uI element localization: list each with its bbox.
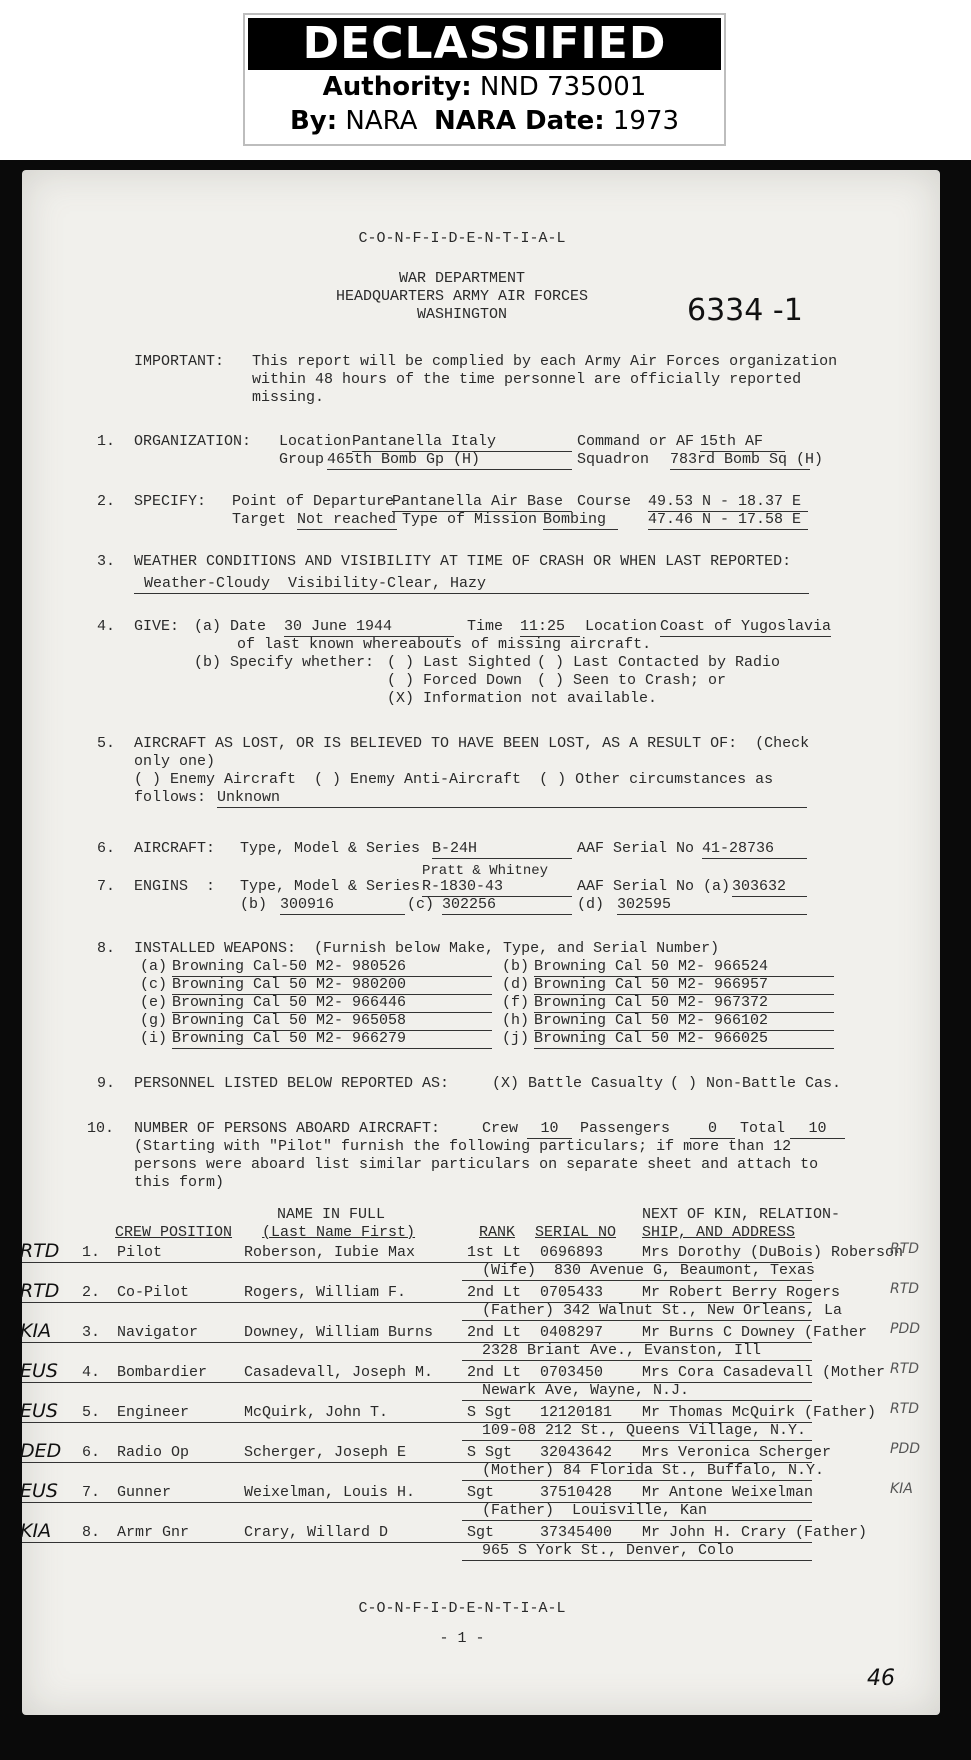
weapon-field[interactable]: Browning Cal 50 M2- 966524 bbox=[534, 958, 834, 977]
location-label: Location bbox=[279, 433, 351, 451]
stamp-authority: Authority: NND 735001 bbox=[245, 70, 724, 104]
crew-status-handwritten: RTD bbox=[20, 1282, 59, 1300]
crew-row-number: 8. bbox=[82, 1524, 100, 1542]
whereabouts-note: of last known whereabouts of missing air… bbox=[237, 636, 651, 654]
crew-name[interactable]: Casadevall, Joseph M. bbox=[244, 1364, 433, 1382]
crew-serial[interactable]: 12120181 bbox=[540, 1404, 612, 1422]
section-5-line-2: only one) bbox=[134, 753, 215, 771]
checkbox-battle-casualty[interactable]: (X) Battle Casualty bbox=[492, 1075, 663, 1093]
crew-row-number: 3. bbox=[82, 1324, 100, 1342]
important-label: IMPORTANT: bbox=[134, 353, 224, 371]
passengers-count[interactable]: 0 bbox=[690, 1120, 735, 1139]
row-rule bbox=[22, 1302, 812, 1303]
section-8-number: 8. bbox=[97, 940, 115, 958]
weapon-field[interactable]: Browning Cal 50 M2- 966279 bbox=[172, 1030, 492, 1049]
crew-kin-address[interactable]: (Father) Louisville, Kan bbox=[462, 1502, 812, 1520]
weapon-id: (e) bbox=[140, 994, 167, 1012]
group-label: Group bbox=[279, 451, 324, 469]
declassified-stamp: DECLASSIFIED Authority: NND 735001 By: N… bbox=[243, 13, 726, 146]
section-5-line-1: AIRCRAFT AS LOST, OR IS BELIEVED TO HAVE… bbox=[134, 735, 809, 753]
squadron-field[interactable]: 783rd Bomb Sq (H) bbox=[670, 451, 810, 470]
row-rule bbox=[22, 1542, 812, 1543]
crew-next-of-kin[interactable]: Mrs Cora Casadevall (Mother bbox=[642, 1364, 885, 1382]
crew-serial[interactable]: 0705433 bbox=[540, 1284, 603, 1302]
command-field[interactable]: 15th AF bbox=[700, 433, 785, 452]
row-rule bbox=[22, 1262, 812, 1263]
crew-kin-address[interactable]: 965 S York St., Denver, Colo bbox=[462, 1542, 812, 1560]
row-rule bbox=[462, 1560, 812, 1561]
report-number: 6334 -1 bbox=[687, 302, 803, 320]
weapon-id: (d) bbox=[502, 976, 529, 994]
target-label: Target bbox=[232, 511, 286, 529]
crew-row-number: 1. bbox=[82, 1244, 100, 1262]
row-rule bbox=[22, 1502, 812, 1503]
engine-type-field[interactable]: R-1830-43 bbox=[422, 878, 572, 897]
crew-serial[interactable]: 0703450 bbox=[540, 1364, 603, 1382]
course-label: Course bbox=[577, 493, 631, 511]
crew-row-number: 6. bbox=[82, 1444, 100, 1462]
engine-type-label: Type, Model & Series bbox=[240, 878, 420, 896]
crew-name[interactable]: Roberson, Iubie Max bbox=[244, 1244, 415, 1262]
crew-note-handwritten: RTD bbox=[890, 1280, 919, 1298]
section-8-label: INSTALLED WEAPONS: (Furnish below Make, … bbox=[134, 940, 719, 958]
crew-note-handwritten: RTD bbox=[890, 1400, 919, 1418]
header-name: (Last Name First) bbox=[262, 1224, 415, 1242]
crew-name[interactable]: Downey, William Burns bbox=[244, 1324, 433, 1342]
crew-row-number: 4. bbox=[82, 1364, 100, 1382]
row-rule bbox=[462, 1320, 812, 1321]
aircraft-type-field[interactable]: B-24H bbox=[432, 840, 572, 859]
loss-cause-options[interactable]: ( ) Enemy Aircraft ( ) Enemy Anti-Aircra… bbox=[134, 771, 773, 789]
crew-row-number: 7. bbox=[82, 1484, 100, 1502]
engine-serial-a[interactable]: 303632 bbox=[732, 878, 807, 897]
crew-name[interactable]: Weixelman, Louis H. bbox=[244, 1484, 415, 1502]
crew-status-handwritten: KIA bbox=[20, 1522, 51, 1540]
crew-rank[interactable]: 2nd Lt bbox=[467, 1284, 521, 1302]
crew-rank[interactable]: 2nd Lt bbox=[467, 1324, 521, 1342]
section-2-number: 2. bbox=[97, 493, 115, 511]
row-rule bbox=[22, 1462, 812, 1463]
section-7-label: ENGINS : bbox=[134, 878, 215, 896]
section-6-label: AIRCRAFT: bbox=[134, 840, 215, 858]
engine-serial-b[interactable]: 300916 bbox=[280, 896, 405, 915]
crew-rank[interactable]: 2nd Lt bbox=[467, 1364, 521, 1382]
section-10-number: 10. bbox=[87, 1120, 114, 1138]
squadron-label: Squadron bbox=[577, 451, 649, 469]
section-5-number: 5. bbox=[97, 735, 115, 753]
important-line-2: within 48 hours of the time personnel ar… bbox=[252, 371, 801, 389]
time-label: Time bbox=[467, 618, 503, 636]
checkbox-forced-down[interactable]: ( ) Forced Down bbox=[387, 672, 522, 690]
weapon-field[interactable]: Browning Cal 50 M2- 965058 bbox=[172, 1012, 492, 1031]
crew-status-handwritten: EUS bbox=[20, 1402, 58, 1420]
crew-name[interactable]: Crary, Willard D bbox=[244, 1524, 388, 1542]
crew-position[interactable]: Navigator bbox=[117, 1324, 237, 1342]
date-field[interactable]: 30 June 1944 bbox=[284, 618, 454, 637]
target-field[interactable]: Not reached bbox=[297, 511, 397, 530]
crew-serial[interactable]: 0696893 bbox=[540, 1244, 603, 1262]
header-name-top: NAME IN FULL bbox=[277, 1206, 385, 1224]
section-10-line-3: persons were aboard list similar particu… bbox=[134, 1156, 818, 1174]
row-rule bbox=[462, 1480, 812, 1481]
crew-note-handwritten: KIA bbox=[890, 1480, 913, 1498]
crew-kin-address[interactable]: (Mother) 84 Florida St., Buffalo, N.Y. bbox=[462, 1462, 812, 1480]
crew-position[interactable]: Co-Pilot bbox=[117, 1284, 237, 1302]
section-3-number: 3. bbox=[97, 553, 115, 571]
header-line-1: WAR DEPARTMENT bbox=[22, 270, 902, 288]
specify-label: (b) Specify whether: bbox=[194, 654, 374, 672]
section-1-label: ORGANIZATION: bbox=[134, 433, 251, 451]
location-field[interactable]: Pantanella Italy bbox=[352, 433, 572, 452]
engine-b-label: (b) bbox=[240, 896, 267, 914]
weapon-id: (c) bbox=[140, 976, 167, 994]
date-label: (a) Date bbox=[194, 618, 266, 636]
section-9-number: 9. bbox=[97, 1075, 115, 1093]
weapon-id: (a) bbox=[140, 958, 167, 976]
aircraft-serial-field[interactable]: 41-28736 bbox=[702, 840, 807, 859]
weapon-id: (i) bbox=[140, 1030, 167, 1048]
weapon-field[interactable]: Browning Cal 50 M2- 967372 bbox=[534, 994, 834, 1013]
crew-note-handwritten: RTD bbox=[890, 1240, 919, 1258]
crew-next-of-kin[interactable]: Mr Robert Berry Rogers bbox=[642, 1284, 840, 1302]
section-3-label: WEATHER CONDITIONS AND VISIBILITY AT TIM… bbox=[134, 553, 791, 571]
stamp-by: By: NARA NARA Date: 1973 bbox=[245, 104, 724, 138]
row-rule bbox=[462, 1520, 812, 1521]
header-kin-top: NEXT OF KIN, RELATION- bbox=[642, 1206, 840, 1224]
crew-label: Crew bbox=[482, 1120, 518, 1138]
weapon-id: (g) bbox=[140, 1012, 167, 1030]
engine-serial-label: AAF Serial No (a) bbox=[577, 878, 730, 896]
page-number: - 1 - bbox=[22, 1630, 902, 1648]
crew-kin-address[interactable]: (Wife) 830 Avenue G, Beaumont, Texas bbox=[462, 1262, 812, 1280]
crew-position[interactable]: Pilot bbox=[117, 1244, 237, 1262]
crew-status-handwritten: EUS bbox=[20, 1362, 58, 1380]
engine-serial-d[interactable]: 302595 bbox=[617, 896, 807, 915]
crew-next-of-kin[interactable]: Mr Antone Weixelman bbox=[642, 1484, 813, 1502]
weapon-id: (b) bbox=[502, 958, 529, 976]
crew-next-of-kin[interactable]: Mr John H. Crary (Father) bbox=[642, 1524, 867, 1542]
crew-rank[interactable]: S Sgt bbox=[467, 1404, 512, 1422]
weapon-id: (h) bbox=[502, 1012, 529, 1030]
crew-position[interactable]: Gunner bbox=[117, 1484, 237, 1502]
departure-field[interactable]: Pantanella Air Base bbox=[392, 493, 572, 512]
aircraft-type-label: Type, Model & Series bbox=[240, 840, 420, 858]
checkbox-non-battle[interactable]: ( ) Non-Battle Cas. bbox=[670, 1075, 841, 1093]
crew-count[interactable]: 10 bbox=[527, 1120, 572, 1139]
departure-label: Point of Departure bbox=[232, 493, 394, 511]
weapon-id: (j) bbox=[502, 1030, 529, 1048]
section-4-number: 4. bbox=[97, 618, 115, 636]
row-rule bbox=[22, 1422, 812, 1423]
crew-status-handwritten: DED bbox=[20, 1442, 61, 1460]
crew-note-handwritten: PDD bbox=[890, 1440, 920, 1458]
crew-name[interactable]: McQuirk, John T. bbox=[244, 1404, 388, 1422]
checkbox-last-sighted[interactable]: ( ) Last Sighted bbox=[387, 654, 531, 672]
mission-label: Type of Mission bbox=[402, 511, 537, 529]
section-10-line-4: this form) bbox=[134, 1174, 224, 1192]
handwritten-page-number: 46 bbox=[867, 1670, 895, 1688]
engine-serial-c[interactable]: 302256 bbox=[442, 896, 572, 915]
section-2-label: SPECIFY: bbox=[134, 493, 206, 511]
important-line-3: missing. bbox=[252, 389, 324, 407]
loss-cause-field[interactable]: Unknown bbox=[217, 789, 807, 808]
course-2-field[interactable]: 47.46 N - 17.58 E bbox=[648, 511, 808, 530]
crew-position[interactable]: Bombardier bbox=[117, 1364, 237, 1382]
row-rule bbox=[22, 1382, 812, 1383]
group-field[interactable]: 465th Bomb Gp (H) bbox=[327, 451, 572, 470]
aircraft-serial-label: AAF Serial No bbox=[577, 840, 694, 858]
mission-field[interactable]: Bombing bbox=[543, 511, 618, 530]
section-9-label: PERSONNEL LISTED BELOW REPORTED AS: bbox=[134, 1075, 449, 1093]
section-4-label: GIVE: bbox=[134, 618, 179, 636]
row-rule bbox=[462, 1440, 812, 1441]
crash-location-label: Location bbox=[585, 618, 657, 636]
crew-note-handwritten: RTD bbox=[890, 1360, 919, 1378]
crew-kin-address[interactable]: 2328 Briant Ave., Evanston, Ill bbox=[462, 1342, 812, 1360]
row-rule bbox=[462, 1280, 812, 1281]
classification-bottom: C-O-N-F-I-D-E-N-T-I-A-L bbox=[22, 1600, 902, 1618]
crew-rank[interactable]: Sgt bbox=[467, 1484, 494, 1502]
crew-name[interactable]: Scherger, Joseph E bbox=[244, 1444, 406, 1462]
crash-location-field[interactable]: Coast of Yugoslavia bbox=[660, 618, 831, 637]
weapon-field[interactable]: Browning Cal 50 M2- 980200 bbox=[172, 976, 492, 995]
row-rule bbox=[462, 1400, 812, 1401]
row-rule bbox=[22, 1342, 812, 1343]
weather-field[interactable]: Weather-Cloudy Visibility-Clear, Hazy bbox=[134, 575, 809, 594]
row-rule bbox=[462, 1360, 812, 1361]
engine-d-label: (d) bbox=[577, 896, 604, 914]
crew-name[interactable]: Rogers, William F. bbox=[244, 1284, 406, 1302]
crew-next-of-kin[interactable]: Mrs Veronica Scherger bbox=[642, 1444, 831, 1462]
document-page: C-O-N-F-I-D-E-N-T-I-A-L WAR DEPARTMENT H… bbox=[22, 170, 940, 1715]
total-label: Total bbox=[740, 1120, 785, 1138]
crew-row-number: 5. bbox=[82, 1404, 100, 1422]
header-kin: SHIP, AND ADDRESS bbox=[642, 1224, 795, 1242]
total-count[interactable]: 10 bbox=[790, 1120, 845, 1139]
crew-status-handwritten: EUS bbox=[20, 1482, 58, 1500]
weapon-field[interactable]: Browning Cal 50 M2- 966025 bbox=[534, 1030, 834, 1049]
crew-row-number: 2. bbox=[82, 1284, 100, 1302]
header-rank: RANK bbox=[479, 1224, 515, 1242]
section-1-number: 1. bbox=[97, 433, 115, 451]
section-6-number: 6. bbox=[97, 840, 115, 858]
crew-rank[interactable]: Sgt bbox=[467, 1524, 494, 1542]
crew-note-handwritten: PDD bbox=[890, 1320, 920, 1338]
follows-label: follows: bbox=[134, 789, 206, 807]
crew-serial[interactable]: 37345400 bbox=[540, 1524, 612, 1542]
header-serial: SERIAL NO bbox=[535, 1224, 616, 1242]
section-10-label: NUMBER OF PERSONS ABOARD AIRCRAFT: bbox=[134, 1120, 440, 1138]
crew-kin-address[interactable]: 109-08 212 St., Queens Village, N.Y. bbox=[462, 1422, 812, 1440]
passengers-label: Passengers bbox=[580, 1120, 670, 1138]
crew-status-handwritten: KIA bbox=[20, 1322, 51, 1340]
weapon-field[interactable]: Browning Cal 50 M2- 966102 bbox=[534, 1012, 834, 1031]
checkbox-last-contacted[interactable]: ( ) Last Contacted by Radio bbox=[537, 654, 780, 672]
header-crew-position: CREW POSITION bbox=[115, 1224, 232, 1242]
crew-kin-address[interactable]: (Father) 342 Walnut St., New Orleans, La bbox=[462, 1302, 812, 1320]
important-line-1: This report will be complied by each Arm… bbox=[252, 353, 837, 371]
section-10-line-2: (Starting with "Pilot" furnish the follo… bbox=[134, 1138, 791, 1156]
classification-top: C-O-N-F-I-D-E-N-T-I-A-L bbox=[22, 230, 902, 248]
weapon-id: (f) bbox=[502, 994, 529, 1012]
crew-next-of-kin[interactable]: Mr Thomas McQuirk (Father) bbox=[642, 1404, 876, 1422]
weapon-field[interactable]: Browning Cal 50 M2- 966957 bbox=[534, 976, 834, 995]
crew-serial[interactable]: 0408297 bbox=[540, 1324, 603, 1342]
section-7-number: 7. bbox=[97, 878, 115, 896]
stamp-title: DECLASSIFIED bbox=[248, 18, 721, 70]
engine-c-label: (c) bbox=[407, 896, 434, 914]
crew-position[interactable]: Armr Gnr bbox=[117, 1524, 237, 1542]
weapon-field[interactable]: Browning Cal 50 M2- 966446 bbox=[172, 994, 492, 1013]
time-field[interactable]: 11:25 bbox=[520, 618, 580, 637]
crew-kin-address[interactable]: Newark Ave, Wayne, N.J. bbox=[462, 1382, 812, 1400]
course-1-field[interactable]: 49.53 N - 18.37 E bbox=[648, 493, 808, 512]
crew-rank[interactable]: 1st Lt bbox=[467, 1244, 521, 1262]
crew-rank[interactable]: S Sgt bbox=[467, 1444, 512, 1462]
crew-status-handwritten: RTD bbox=[20, 1242, 59, 1260]
crew-serial[interactable]: 32043642 bbox=[540, 1444, 612, 1462]
crew-position[interactable]: Engineer bbox=[117, 1404, 237, 1422]
checkbox-info-not-available[interactable]: (X) Information not available. bbox=[387, 690, 657, 708]
crew-next-of-kin[interactable]: Mrs Dorothy (DuBois) Roberson bbox=[642, 1244, 903, 1262]
checkbox-seen-to-crash[interactable]: ( ) Seen to Crash; or bbox=[537, 672, 726, 690]
command-label: Command or AF bbox=[577, 433, 694, 451]
weapon-field[interactable]: Browning Cal-50 M2- 980526 bbox=[172, 958, 492, 977]
crew-position[interactable]: Radio Op bbox=[117, 1444, 237, 1462]
crew-serial[interactable]: 37510428 bbox=[540, 1484, 612, 1502]
crew-next-of-kin[interactable]: Mr Burns C Downey (Father bbox=[642, 1324, 867, 1342]
